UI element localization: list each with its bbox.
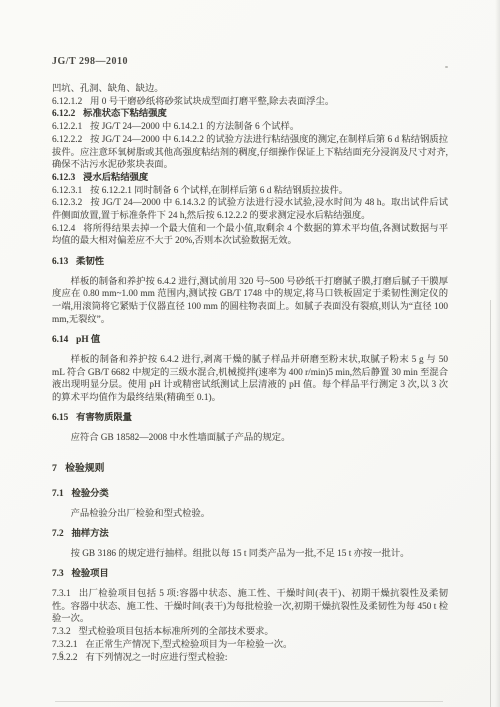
clause-number: 6.12.2.2 xyxy=(52,135,82,145)
clause-text: 在正常生产情况下,型式检验项目为一年检验一次。 xyxy=(85,640,292,650)
clause-heading-6-12-2: 6.12.2标准状态下粘结强度 xyxy=(52,108,448,121)
clause-text: 按 JG/T 24—2000 中 6.14.2.2 的试验方法进行粘结强度的测定… xyxy=(52,135,448,170)
para-sampling-method: 按 GB 3186 的规定进行抽样。组批以每 15 t 同类产品为一批,不足 1… xyxy=(52,548,448,561)
clause-number: 7.3.1 xyxy=(52,589,71,599)
clause-text: 按 6.12.2.1 同时制备 6 个试样,在制样后第 6 d 粘结钢质拉拔件。 xyxy=(90,186,348,196)
continuation-line: 凹坑、孔洞、缺角、缺边。 xyxy=(52,83,448,96)
body-text: 样板的制备和养护按 6.4.2 进行,测试前用 320 号~500 号砂纸干打磨… xyxy=(52,277,448,325)
clause-7-3-2-2: 7.3.2.2有下列情况之一时应进行型式检验: xyxy=(52,652,448,665)
clause-heading-text: 浸水后粘结强度 xyxy=(83,173,148,183)
clause-6-12-1-2: 6.12.1.2用 0 号干磨砂纸将砂浆试块成型面打磨平整,除去表面浮尘。 xyxy=(52,96,448,109)
heading-number: 7.1 xyxy=(52,489,64,499)
clause-number: 7.3.2.1 xyxy=(52,640,78,650)
scan-edge-bottom-line xyxy=(55,701,443,702)
clause-number: 7.3.2 xyxy=(52,627,71,637)
heading-6-15-harmful-substances: 6.15有害物质限量 xyxy=(52,412,448,425)
chapter-number: 7 xyxy=(52,463,57,474)
clause-6-12-3-2: 6.12.3.2按 JG/T 24—2000 中 6.14.3.2 的试验方法进… xyxy=(52,197,448,222)
page-number: 6 xyxy=(59,650,64,660)
clause-6-12-2-2: 6.12.2.2按 JG/T 24—2000 中 6.14.2.2 的试验方法进… xyxy=(52,134,448,172)
heading-text: 抽样方法 xyxy=(72,529,109,539)
para-inspection-categories: 产品检验分出厂检验和型式检验。 xyxy=(52,508,448,521)
clause-6-12-3-1: 6.12.3.1按 6.12.2.1 同时制备 6 个试样,在制样后第 6 d … xyxy=(52,185,448,198)
heading-7-1-inspection-categories: 7.1检验分类 xyxy=(52,488,448,501)
clause-number: 7.3.2.2 xyxy=(52,653,78,663)
para-harmful-substances: 应符合 GB 18582—2008 中水性墙面腻子产品的规定。 xyxy=(52,432,448,445)
heading-number: 6.14 xyxy=(52,335,68,345)
clause-text: 用 0 号干磨砂纸将砂浆试块成型面打磨平整,除去表面浮尘。 xyxy=(90,97,334,107)
clause-heading-6-12-3: 6.12.3浸水后粘结强度 xyxy=(52,172,448,185)
heading-6-14-ph-value: 6.14pH 值 xyxy=(52,334,448,347)
body-text: 凹坑、孔洞、缺角、缺边。 xyxy=(52,84,164,94)
scan-edge-right-shade xyxy=(495,0,500,707)
clause-number: 6.12.3.1 xyxy=(52,186,82,196)
heading-number: 6.13 xyxy=(52,257,68,267)
body-text: 应符合 GB 18582—2008 中水性墙面腻子产品的规定。 xyxy=(71,433,291,443)
heading-7-3-inspection-items: 7.3检验项目 xyxy=(52,568,448,581)
clause-text: 将所得结果去掉一个最大值和一个最小值,取剩余 4 个数据的算术平均值,各测试数据… xyxy=(52,224,448,247)
para-ph-value: 样板的制备和养护按 6.4.2 进行,剥离干燥的腻子样品并研磨至粉末状,取腻子粉… xyxy=(52,354,448,405)
clause-number: 6.12.1.2 xyxy=(52,97,82,107)
heading-7-2-sampling-method: 7.2抽样方法 xyxy=(52,528,448,541)
heading-number: 6.15 xyxy=(52,413,68,423)
clause-text: 有下列情况之一时应进行型式检验: xyxy=(85,653,227,663)
clause-text: 按 JG/T 24—2000 中 6.14.2.1 的方法制备 6 个试样。 xyxy=(90,122,299,132)
body-text: 产品检验分出厂检验和型式检验。 xyxy=(71,509,210,519)
body-text: 样板的制备和养护按 6.4.2 进行,剥离干燥的腻子样品并研磨至粉末状,取腻子粉… xyxy=(52,355,448,403)
heading-text: 检验分类 xyxy=(72,489,109,499)
clause-number: 6.12.3 xyxy=(52,173,75,183)
heading-number: 7.2 xyxy=(52,529,64,539)
chapter-7-inspection-rules: 7检验规则 xyxy=(52,463,448,476)
clause-number: 6.12.4 xyxy=(52,224,75,234)
document-page: JG/T 298—2010 凹坑、孔洞、缺角、缺边。 6.12.1.2用 0 号… xyxy=(0,0,500,707)
para-flexibility: 样板的制备和养护按 6.4.2 进行,测试前用 320 号~500 号砂纸干打磨… xyxy=(52,276,448,327)
clause-number: 6.12.2.1 xyxy=(52,122,82,132)
clause-6-12-2-1: 6.12.2.1按 JG/T 24—2000 中 6.14.2.1 的方法制备 … xyxy=(52,121,448,134)
clause-text: 按 JG/T 24—2000 中 6.14.3.2 的试验方法进行浸水试验,浸水… xyxy=(52,198,448,221)
document-body: 凹坑、孔洞、缺角、缺边。 6.12.1.2用 0 号干磨砂纸将砂浆试块成型面打磨… xyxy=(52,83,448,664)
clause-6-12-4: 6.12.4将所得结果去掉一个最大值和一个最小值,取剩余 4 个数据的算术平均值… xyxy=(52,223,448,248)
heading-text: 柔韧性 xyxy=(76,257,104,267)
scan-edge-right-line xyxy=(490,300,491,707)
clause-7-3-2-1: 7.3.2.1在正常生产情况下,型式检验项目为一年检验一次。 xyxy=(52,639,448,652)
clause-number: 6.12.2 xyxy=(52,109,75,119)
clause-text: 型式检验项目包括本标准所列的全部技术要求。 xyxy=(78,627,273,637)
standard-number-header: JG/T 298—2010 xyxy=(52,56,128,67)
heading-number: 7.3 xyxy=(52,569,64,579)
heading-text: pH 值 xyxy=(76,335,100,345)
clause-heading-text: 标准状态下粘结强度 xyxy=(83,109,167,119)
clause-text: 出厂检验项目包括 5 项:容器中状态、施工性、干燥时间(表干)、初期干燥抗裂性及… xyxy=(52,589,448,624)
body-text: 按 GB 3186 的规定进行抽样。组批以每 15 t 同类产品为一批,不足 1… xyxy=(71,549,410,559)
chapter-title: 检验规则 xyxy=(65,463,104,474)
clause-number: 6.12.3.2 xyxy=(52,198,82,208)
clause-7-3-2: 7.3.2型式检验项目包括本标准所列的全部技术要求。 xyxy=(52,626,448,639)
heading-text: 有害物质限量 xyxy=(76,413,132,423)
clause-7-3-1: 7.3.1出厂检验项目包括 5 项:容器中状态、施工性、干燥时间(表干)、初期干… xyxy=(52,588,448,626)
heading-6-13-flexibility: 6.13柔韧性 xyxy=(52,256,448,269)
scan-artifact xyxy=(445,66,448,68)
heading-text: 检验项目 xyxy=(72,569,109,579)
